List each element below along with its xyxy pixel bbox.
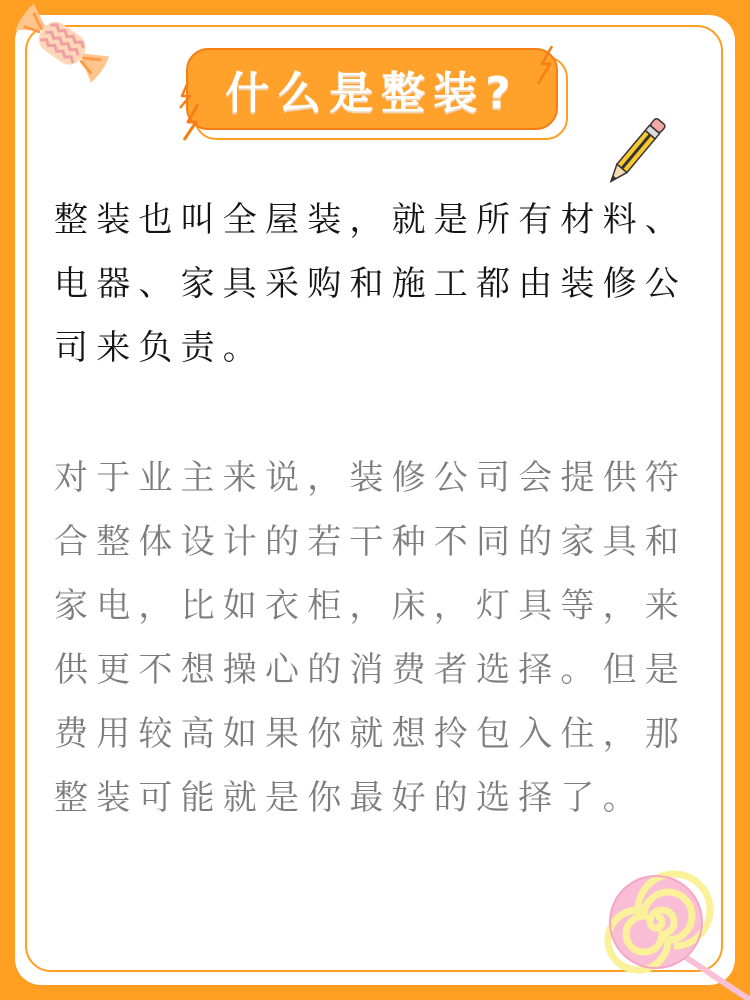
lightning-bolt-icon — [178, 82, 202, 142]
intro-paragraph: 整装也叫全屋装，就是所有材料、电器、家具采购和施工都由装修公司来负责。 — [54, 188, 704, 380]
lollipop-icon — [600, 870, 750, 1000]
title-banner: 什么是整装? — [186, 48, 562, 132]
page-title: 什么是整装? — [225, 57, 519, 121]
pencil-icon — [600, 114, 670, 190]
lightning-bolt-icon — [534, 46, 556, 86]
detail-paragraph: 对于业主来说，装修公司会提供符合整体设计的若干种不同的家具和家电，比如衣柜，床，… — [54, 446, 704, 830]
title-box: 什么是整装? — [186, 48, 558, 130]
candy-icon — [0, 0, 110, 115]
